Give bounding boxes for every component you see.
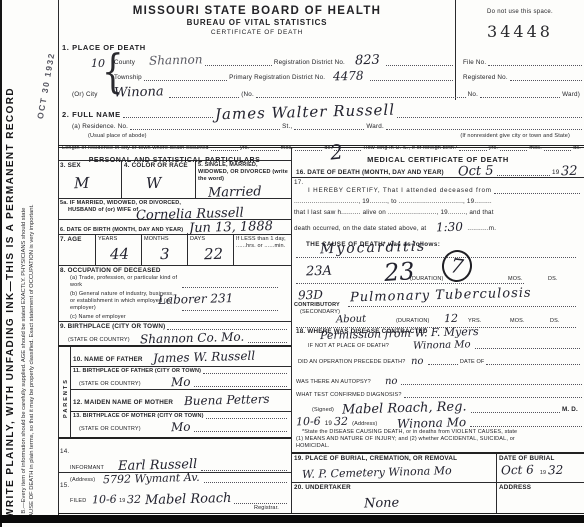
certify-last-saw-line: that I last saw h.......... alive on ...…	[294, 209, 582, 217]
leader	[144, 79, 227, 81]
burial-date-value: Oct 6	[501, 462, 534, 477]
leader	[470, 425, 582, 427]
duration-mos-label: MOS.	[508, 276, 523, 283]
spouse-label-line1: 5a. IF MARRIED, WIDOWED, OR DIVORCED,	[60, 200, 289, 207]
filed-label: FILED	[70, 498, 86, 505]
certificate-title: CERTIFICATE OF DEATH	[60, 29, 454, 36]
burial-date-label: DATE OF BURIAL	[499, 455, 582, 463]
mother-birthplace-value: Mo	[170, 419, 190, 434]
filed-number: 15.	[60, 482, 69, 489]
abode-note: (Usual place of abode)	[88, 133, 147, 140]
signed-label: (Signed)	[312, 407, 334, 414]
test-confirmed-label: WHAT TEST CONFIRMED DIAGNOSIS?	[296, 392, 402, 399]
margin-note-line1: N. B.—Every item of information should b…	[21, 208, 27, 521]
contributory-about: About	[336, 313, 366, 325]
registrar-label: Registrar.	[254, 505, 279, 512]
registrar-signature: Mabel Roach	[145, 491, 232, 508]
birthplace-value: Shannon Co. Mo.	[140, 330, 245, 347]
duration-yrs-label: YRS.	[468, 318, 481, 325]
scan-bottom-bar	[0, 515, 584, 523]
registration-district-value: 823	[355, 53, 380, 69]
ward-label: Ward)	[562, 91, 580, 99]
father-name-label: 10. NAME OF FATHER	[73, 356, 143, 363]
occupation-a-label: (a) Trade, profession, or particular kin…	[70, 275, 180, 289]
signed-address-label: (Address)	[352, 421, 377, 428]
cause-of-death-area: Myocarditis 23A 23 7 (DURATION) MOS. DS.…	[292, 242, 584, 328]
bureau-title: BUREAU OF VITAL STATISTICS	[60, 18, 454, 27]
full-name-label: 2. FULL NAME	[62, 110, 121, 119]
marital-status-label: 5. SINGLE, MARRIED, WIDOWED, OR DIVORCED…	[198, 162, 289, 183]
mother-birthplace-label: 13. BIRTHPLACE OF MOTHER (CITY OR TOWN)	[73, 413, 204, 420]
board-title: MISSOURI STATE BOARD OF HEALTH	[60, 5, 454, 17]
if-not-at-place-label: IF NOT AT PLACE OF DEATH?	[308, 343, 389, 350]
leader	[256, 96, 466, 98]
primary-district-label: Primary Registration District No.	[229, 74, 325, 82]
contributory-code: 93D	[298, 287, 323, 302]
informant-label: INFORMANT	[70, 465, 104, 472]
undertaker-value: None	[364, 496, 400, 512]
leader	[428, 363, 458, 365]
leader	[206, 417, 287, 419]
dod-year-value: 32	[561, 163, 578, 178]
city-label: (Or) City	[72, 91, 98, 99]
certify-number: 17.	[294, 179, 582, 187]
filed-date-value: 10-6	[92, 493, 117, 507]
leader	[386, 128, 582, 130]
age-label: 7. AGE	[60, 236, 93, 244]
duration-ds-label-2: DS.	[550, 318, 560, 325]
burial-year-prefix: 19	[540, 470, 546, 477]
duration-label-2: (DURATION)	[396, 318, 429, 325]
color-race-value: W	[146, 174, 162, 192]
age-years-value: 44	[110, 245, 130, 263]
father-birthplace-label: 11. BIRTHPLACE OF FATHER (CITY OR TOWN)	[73, 368, 201, 375]
dob-label: 6. DATE OF BIRTH (MONTH, DAY AND YEAR)	[60, 227, 183, 234]
father-name-value: James W. Russell	[153, 349, 255, 366]
page-mark: 2	[329, 139, 344, 164]
contributory-label: CONTRIBUTORY	[294, 302, 340, 309]
cause-code-a: 23A	[306, 263, 332, 279]
dob-value: Jun 13, 1888	[189, 219, 273, 236]
county-value: Shannon	[149, 52, 203, 67]
nonresident-note: (If nonresident give city or town and St…	[460, 133, 570, 140]
death-certificate-scan: WRITE PLAINLY, WITH UNFADING INK—THIS IS…	[0, 0, 584, 527]
age-months-value: 3	[160, 245, 170, 263]
signed-year-value: 32	[334, 415, 348, 428]
registered-no-label: Registered No.	[463, 74, 508, 82]
duration-label: (DURATION)	[410, 276, 443, 283]
informant-number: 14.	[60, 448, 69, 455]
leader	[475, 347, 580, 349]
place-of-death-title: 1. PLACE OF DEATH	[62, 43, 584, 52]
leader	[488, 64, 582, 66]
footnote-line3: HOMICIDAL.	[296, 443, 582, 450]
age-months-label: MONTHS	[144, 236, 185, 243]
autopsy-label: WAS THERE AN AUTOPSY?	[296, 379, 371, 386]
autopsy-value: no	[385, 375, 398, 386]
parents-label: PARENTS	[63, 378, 69, 418]
burial-place-value: W. P. Cemetery Winona Mo	[302, 464, 452, 481]
primary-district-value: 4478	[333, 69, 364, 84]
cause-code-circled: 7	[440, 248, 474, 284]
duration-mos-label-2: MOS.	[510, 318, 525, 325]
color-race-label: 4. COLOR OR RACE	[124, 162, 193, 170]
file-no-label: File No.	[463, 59, 486, 67]
do-not-use-label: Do not use this space.	[456, 9, 584, 15]
cause-value: Myocarditis	[320, 238, 427, 257]
contributory-value: Pulmonary Tuberculosis	[350, 285, 532, 305]
father-birthplace-sublabel: (STATE OR COUNTRY)	[79, 381, 141, 388]
certificate-number: 34448	[456, 22, 584, 41]
undertaker-label: 20. UNDERTAKER	[294, 484, 494, 492]
place-of-death-section: { 10 1. PLACE OF DEATH County Shannon Re…	[58, 43, 584, 152]
residence-ward-label: Ward.	[366, 123, 384, 131]
contributory-duration-value: 12	[444, 311, 458, 324]
leader	[123, 116, 213, 118]
occupation-b-value: Laborer 231	[158, 291, 234, 307]
certify-from-to-line: ................................., 19...…	[294, 198, 582, 206]
leader	[401, 383, 582, 385]
burial-year-value: 32	[548, 463, 564, 477]
signed-year-prefix: 19	[325, 420, 332, 428]
footnote-line1: *State the DISEASE CAUSING DEATH, or in …	[302, 429, 582, 436]
leader	[169, 96, 239, 98]
leader	[397, 116, 582, 118]
margin-note-line2: CAUSE OF DEATH in plain terms, so that i…	[29, 204, 35, 521]
burial-label: 19. PLACE OF BURIAL, CREMATION, OR REMOV…	[294, 455, 494, 463]
leader	[486, 363, 580, 365]
birthplace-sublabel: (STATE OR COUNTRY)	[68, 337, 130, 344]
leader	[386, 64, 453, 66]
leader	[494, 192, 580, 194]
undertaker-address-label: ADDRESS	[499, 484, 582, 492]
leader	[348, 306, 576, 307]
leader	[205, 64, 272, 66]
mother-birthplace-sublabel: (STATE OR COUNTRY)	[79, 426, 141, 433]
secondary-label: (SECONDARY)	[300, 309, 340, 316]
md-label: M. D.	[562, 406, 578, 414]
age-years-label: YEARS	[98, 236, 139, 243]
duration-ds-label: DS.	[548, 276, 558, 283]
age-days-label: DAYS	[190, 236, 231, 243]
leader	[404, 396, 582, 398]
leader	[182, 286, 278, 288]
dod-year-prefix: 19	[552, 169, 559, 177]
city-value: Winona	[113, 84, 163, 100]
date-of-death-label: 16. DATE OF DEATH (MONTH, DAY AND YEAR)	[296, 169, 444, 177]
residence-label: (a) Residence. No.	[72, 123, 128, 131]
birthplace-label: 9. BIRTHPLACE (CITY OR TOWN)	[60, 323, 165, 331]
medical-section-title: MEDICAL CERTIFICATE OF DEATH	[367, 155, 509, 164]
leader	[194, 430, 287, 432]
house-no-label: No.	[468, 91, 478, 99]
bracket-mark: 10	[91, 57, 105, 70]
personal-particulars-column: PERSONAL AND STATISTICAL PARTICULARS 3. …	[58, 148, 292, 513]
leader	[471, 411, 560, 413]
mother-maiden-name-label: 12. MAIDEN NAME OF MOTHER	[73, 399, 173, 406]
scan-edge	[0, 0, 2, 527]
filed-year-prefix: 19	[119, 498, 125, 505]
occupation-c-label: (c) Name of employer	[70, 314, 289, 321]
operation-value: no	[411, 356, 424, 367]
age-less-than-day-label: If LESS than 1 day, ......hrs. or ......…	[236, 236, 289, 250]
margin-permanent-record-note: WRITE PLAINLY, WITH UNFADING INK—THIS IS…	[5, 87, 16, 518]
leader	[234, 502, 287, 504]
received-date-stamp: OCT 30 1932	[35, 51, 57, 119]
medical-certificate-column: 2 MEDICAL CERTIFICATE OF DEATH 16. DATE …	[292, 148, 584, 513]
mother-maiden-name-value: Buena Petters	[183, 392, 269, 408]
father-birthplace-value: Mo	[170, 375, 190, 390]
leader	[480, 96, 560, 98]
leader	[130, 128, 280, 130]
operation-date-label: DATE OF	[460, 359, 484, 366]
certify-intro: I HEREBY CERTIFY, That I attended deceas…	[308, 187, 492, 195]
leader	[296, 283, 524, 284]
sex-value: M	[74, 174, 90, 192]
occupation-title: 8. OCCUPATION OF DECEASED	[60, 267, 289, 275]
leader	[194, 385, 287, 387]
filed-year-value: 32	[127, 493, 141, 506]
leader	[296, 257, 576, 258]
disease-contracted-area: 18. WHERE WAS DISEASE CONTRACTED Permiss…	[292, 327, 584, 370]
leader	[497, 174, 550, 176]
age-days-value: 22	[204, 245, 224, 263]
footnote-line2: (1) MEANS AND NATURE OF INJURY; and (2) …	[296, 436, 582, 443]
operation-label: DID AN OPERATION PRECEDE DEATH?	[298, 359, 405, 366]
sex-label: 3. SEX	[60, 162, 119, 170]
street-label: St.,	[282, 123, 292, 131]
leader	[510, 79, 582, 81]
leader	[370, 79, 453, 81]
signed-date-value: 10-6	[296, 415, 321, 429]
leader	[182, 309, 278, 311]
leader	[294, 128, 364, 130]
leader	[248, 341, 287, 343]
form-header: MISSOURI STATE BOARD OF HEALTH BUREAU OF…	[60, 5, 454, 36]
leader	[201, 469, 287, 471]
where-contracted-value-2: Winona Mo	[413, 339, 471, 352]
leader	[203, 372, 287, 374]
street-no-label: (No.	[241, 91, 254, 99]
registration-district-label: Registration District No.	[274, 59, 345, 67]
